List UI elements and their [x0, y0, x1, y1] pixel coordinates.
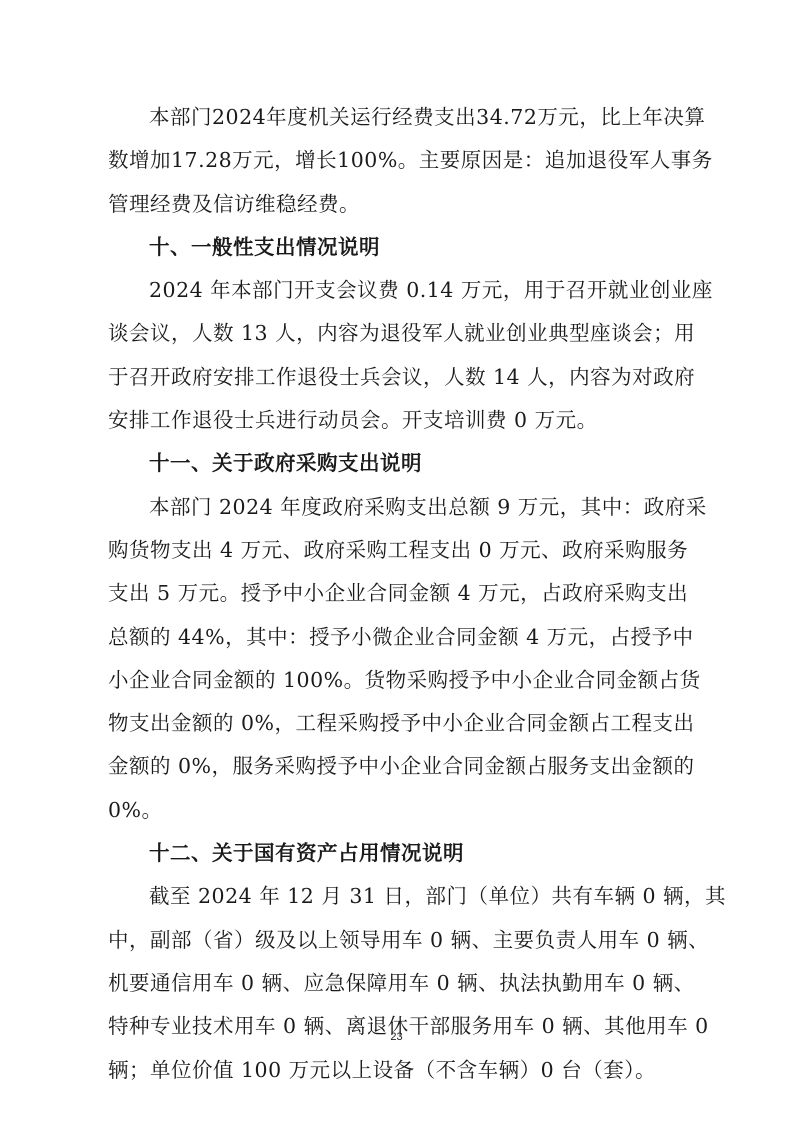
section-heading-state-assets: 十二、关于国有资产占用情况说明 [108, 832, 688, 875]
text-line: 截至 2024 年 12 月 31 日，部门（单位）共有车辆 0 辆，其 [108, 875, 688, 918]
text-line: 支出 5 万元。授予中小企业合同金额 4 万元，占政府采购支出 [108, 572, 688, 615]
paragraph-general-expenses: 2024 年本部门开支会议费 0.14 万元，用于召开就业创业座 谈会议，人数 … [108, 269, 688, 442]
text-line: 辆；单位价值 100 万元以上设备（不含车辆）0 台（套）。 [108, 1049, 688, 1092]
section-heading-government-procurement: 十一、关于政府采购支出说明 [108, 442, 688, 485]
text-line: 2024 年本部门开支会议费 0.14 万元，用于召开就业创业座 [108, 269, 688, 312]
text-line: 谈会议，人数 13 人，内容为退役军人就业创业典型座谈会；用 [108, 312, 688, 355]
section-heading-general-expenses: 十、一般性支出情况说明 [108, 226, 688, 269]
text-line: 数增加17.28万元，增长100%。主要原因是：追加退役军人事务 [108, 139, 688, 182]
paragraph-state-assets: 截至 2024 年 12 月 31 日，部门（单位）共有车辆 0 辆，其 中，副… [108, 875, 688, 1091]
text-line: 中，副部（省）级及以上领导用车 0 辆、主要负责人用车 0 辆、 [108, 919, 688, 962]
text-line: 管理经费及信访维稳经费。 [108, 183, 688, 226]
text-line: 机要通信用车 0 辆、应急保障用车 0 辆、执法执勤用车 0 辆、 [108, 962, 688, 1005]
document-page: 本部门2024年度机关运行经费支出34.72万元，比上年决算 数增加17.28万… [108, 96, 688, 1092]
page-number: 23 [0, 1031, 793, 1043]
text-line: 物支出金额的 0%，工程采购授予中小企业合同金额占工程支出 [108, 702, 688, 745]
paragraph-government-procurement: 本部门 2024 年度政府采购支出总额 9 万元，其中：政府采 购货物支出 4 … [108, 486, 688, 832]
text-line: 于召开政府安排工作退役士兵会议，人数 14 人，内容为对政府 [108, 356, 688, 399]
text-line: 安排工作退役士兵进行动员会。开支培训费 0 万元。 [108, 399, 688, 442]
text-line: 购货物支出 4 万元、政府采购工程支出 0 万元、政府采购服务 [108, 529, 688, 572]
text-line: 0%。 [108, 789, 688, 832]
text-line: 金额的 0%，服务采购授予中小企业合同金额占服务支出金额的 [108, 745, 688, 788]
text-line: 小企业合同金额的 100%。货物采购授予中小企业合同金额占货 [108, 659, 688, 702]
text-line: 本部门 2024 年度政府采购支出总额 9 万元，其中：政府采 [108, 486, 688, 529]
text-line: 总额的 44%，其中：授予小微企业合同金额 4 万元，占授予中 [108, 616, 688, 659]
paragraph-running-costs: 本部门2024年度机关运行经费支出34.72万元，比上年决算 数增加17.28万… [108, 96, 688, 226]
text-line: 本部门2024年度机关运行经费支出34.72万元，比上年决算 [108, 96, 688, 139]
